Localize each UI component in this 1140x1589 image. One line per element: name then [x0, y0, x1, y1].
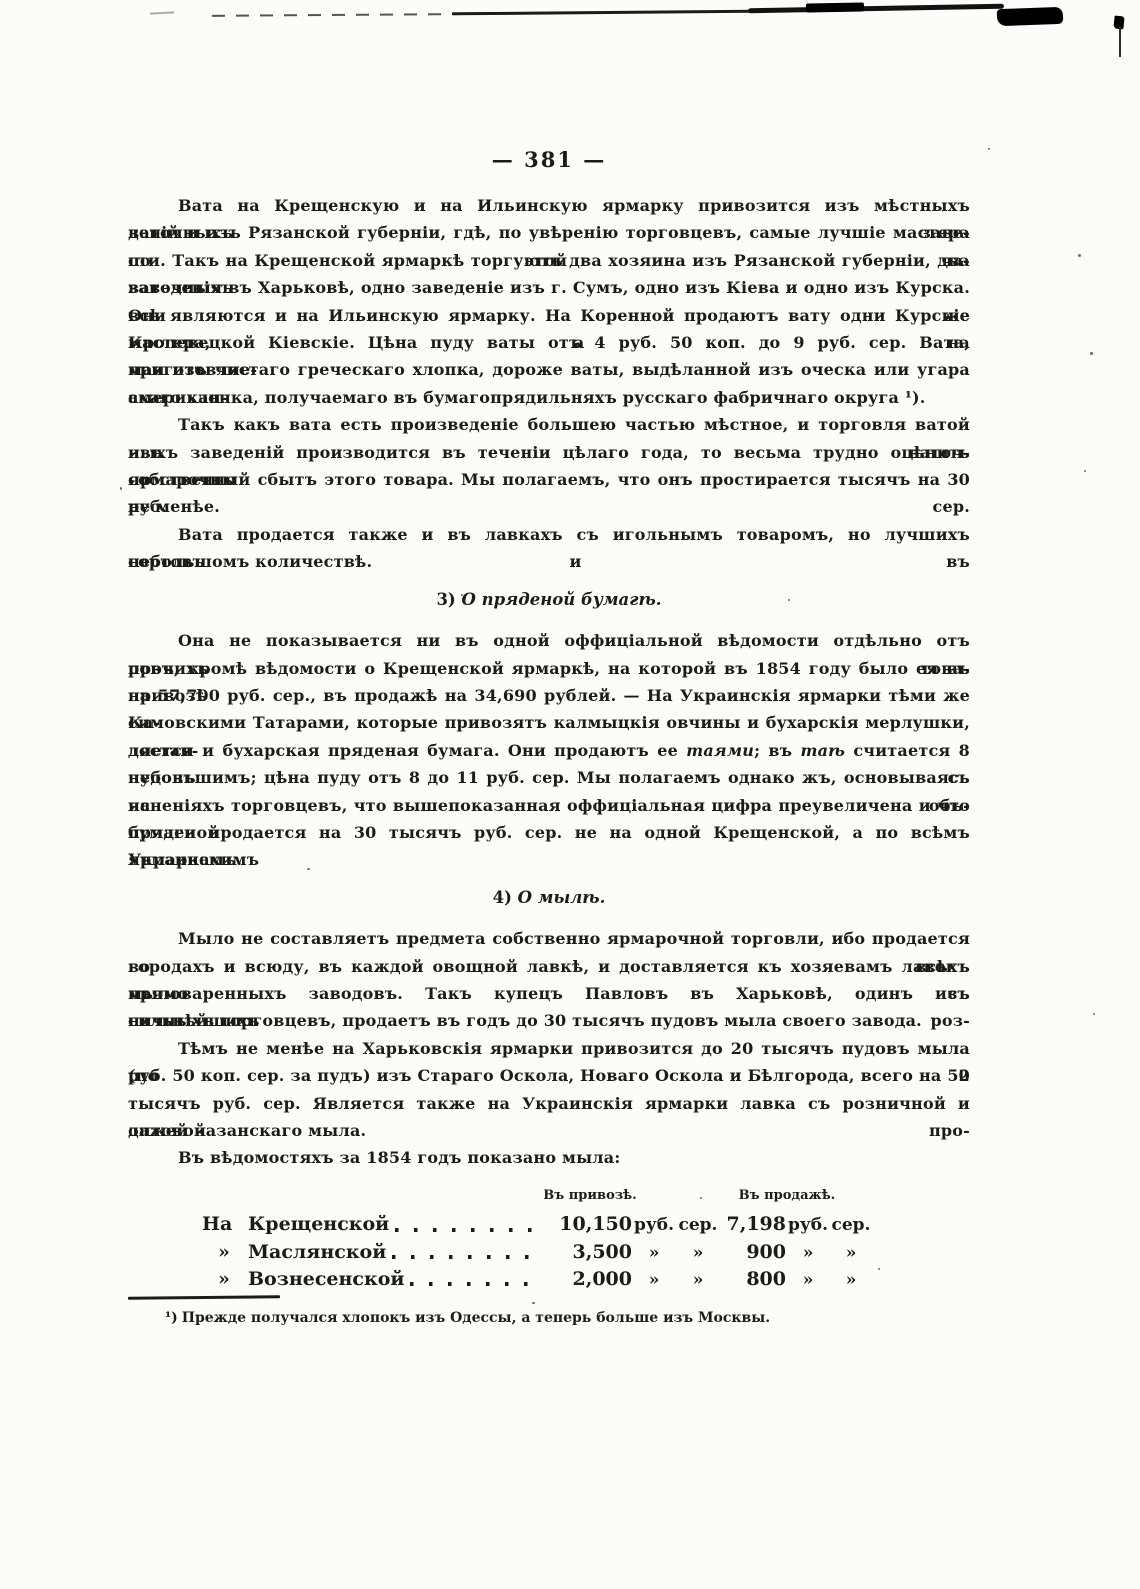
- sale-value: 800: [720, 1266, 786, 1293]
- paragraph: Вата продается также и въ лавкахъ съ иго…: [128, 521, 970, 576]
- text-line: руб. 50 коп. сер. за пудъ) изъ Стараго О…: [128, 1062, 970, 1089]
- scan-artifact: [1119, 27, 1121, 57]
- book-page: — 381 — Вата на Крещенскую и на Ильинску…: [0, 0, 1140, 1589]
- text-line: симовскими Татарами, которые привозятъ к…: [128, 709, 970, 736]
- text-line: тысячъ руб. сер. Является также на Украи…: [128, 1090, 970, 1117]
- text-line: Мыло не составляетъ предмета собственно …: [128, 925, 970, 952]
- soap-table: Въ привозѣ. Въ продажѣ. НаКрещенской10,1…: [128, 1184, 970, 1294]
- text-line: ныхъ заведеній производится въ теченіи ц…: [128, 439, 970, 466]
- row-prefix: »: [202, 1239, 248, 1266]
- scan-artifact: [997, 7, 1064, 26]
- ink-speck: [1084, 470, 1086, 472]
- sale-value: 7,198: [720, 1211, 786, 1238]
- section-heading: 4) О мылѣ.: [128, 884, 970, 911]
- text-line: Такъ какъ вата есть произведеніе большею…: [128, 411, 970, 438]
- footnote: ¹)Прежде получался хлопокъ изъ Одессы, а…: [128, 1308, 970, 1328]
- paragraph: Мыло не составляетъ предмета собственно …: [128, 925, 970, 1035]
- fair-name: Вознесенской: [248, 1266, 404, 1293]
- section-heading: 3) О пряденой бумагѣ.: [128, 586, 970, 613]
- import-unit: »: [676, 1267, 720, 1294]
- dot-leader: [410, 1282, 542, 1286]
- text-line: деній и изъ Рязанской губерніи, гдѣ, по …: [128, 219, 970, 246]
- soap-table-rows: НаКрещенской10,150руб.сер.7,198руб.сер.»…: [128, 1211, 970, 1293]
- fair-name: Маслянской: [248, 1239, 386, 1266]
- fair-label: »Маслянской: [202, 1239, 552, 1266]
- text-line: ярмарочный сбытъ этого товара. Мы полага…: [128, 466, 970, 493]
- fair-label: НаКрещенской: [202, 1211, 552, 1238]
- fair-label: »Вознесенской: [202, 1266, 552, 1293]
- import-unit: »: [632, 1267, 676, 1294]
- import-value: 10,150: [552, 1211, 632, 1238]
- sale-unit: сер.: [830, 1212, 872, 1239]
- table-row: »Маслянской3,500»»900»»: [128, 1239, 970, 1266]
- fair-name: Крещенской: [248, 1211, 389, 1238]
- sale-unit: руб.: [786, 1212, 830, 1239]
- import-value: 3,500: [552, 1239, 632, 1266]
- footnote-marker: ¹): [165, 1310, 178, 1326]
- text-blocks: Вата на Крещенскую и на Ильинскую ярмарк…: [128, 192, 970, 1172]
- text-line: ляется и бухарская пряденая бумага. Они …: [128, 737, 970, 764]
- table-row: »Вознесенской2,000»»800»»: [128, 1266, 970, 1293]
- col-header-sale: Въ продажѣ.: [739, 1188, 836, 1203]
- text-line: Она не показывается ни въ одной оффиціал…: [128, 627, 970, 654]
- sale-unit: »: [786, 1267, 830, 1294]
- sale-unit: »: [830, 1240, 872, 1267]
- text-line: Вата продается также и въ лавкахъ съ иго…: [128, 521, 970, 548]
- text-line: ясненіяхъ торговцевъ, что вышепоказанная…: [128, 792, 970, 819]
- scan-artifact: [212, 13, 457, 17]
- import-unit: сер.: [676, 1212, 720, 1239]
- heading-title: О пряденой бумагѣ.: [462, 590, 662, 609]
- text-line: Кролевецкой Кіевскіе. Цѣна пуду ваты отъ…: [128, 329, 970, 356]
- text-line: Въ вѣдомостяхъ за 1854 годъ показано мыл…: [128, 1144, 970, 1171]
- table-row: НаКрещенской10,150руб.сер.7,198руб.сер.: [128, 1211, 970, 1238]
- import-unit: »: [676, 1240, 720, 1267]
- scan-artifact: [748, 4, 1004, 13]
- dot-leader: [392, 1255, 542, 1259]
- text-line: мыловаренныхъ заводовъ. Такъ купецъ Павл…: [128, 980, 970, 1007]
- paragraph: Такъ какъ вата есть произведеніе большею…: [128, 411, 970, 521]
- col-header-import: Въ привозѣ.: [543, 1188, 636, 1203]
- text-line: скаго хлопка, получаемаго въ бумагопряди…: [128, 384, 970, 411]
- text-line: ровъ, кромѣ вѣдомости о Крещенской ярмар…: [128, 655, 970, 682]
- footnote-text: Прежде получался хлопокъ изъ Одессы, а т…: [182, 1310, 770, 1326]
- dot-leader: [395, 1228, 542, 1232]
- heading-title: О мылѣ.: [518, 888, 606, 907]
- ink-speck: [1078, 254, 1081, 257]
- text-line: небольшимъ; цѣна пуду отъ 8 до 11 руб. с…: [128, 764, 970, 791]
- scan-artifact: [452, 10, 754, 16]
- scan-artifact: [806, 2, 864, 12]
- sale-value: 900: [720, 1239, 786, 1266]
- page-number: — 381 —: [128, 147, 970, 172]
- text-line: заведенія въ Харьковѣ, одно заведеніе из…: [128, 274, 970, 301]
- text-line: бумаги продается на 30 тысячъ руб. сер. …: [128, 819, 970, 846]
- text-line: городахъ и всюду, въ каждой овощной лавк…: [128, 953, 970, 980]
- paragraph: Тѣмъ не менѣе на Харьковскія ярмарки при…: [128, 1035, 970, 1145]
- ink-speck: [120, 487, 122, 490]
- ink-speck: [988, 148, 990, 150]
- row-prefix: На: [202, 1211, 248, 1238]
- text-line: мая изъ чистаго греческаго хлопка, дорож…: [128, 356, 970, 383]
- sale-unit: »: [786, 1240, 830, 1267]
- text-line: Тѣмъ не менѣе на Харьковскія ярмарки при…: [128, 1035, 970, 1062]
- paragraph: Въ вѣдомостяхъ за 1854 годъ показано мыл…: [128, 1144, 970, 1171]
- heading-number: 4): [493, 888, 518, 907]
- text-line: Вата на Крещенскую и на Ильинскую ярмарк…: [128, 192, 970, 219]
- import-unit: руб.: [632, 1212, 676, 1239]
- row-prefix: »: [202, 1266, 248, 1293]
- sale-unit: »: [830, 1267, 872, 1294]
- table-header-row: Въ привозѣ. Въ продажѣ.: [128, 1184, 970, 1211]
- scan-artifact: [150, 11, 174, 14]
- footnote-rule: [128, 1296, 280, 1301]
- heading-number: 3): [436, 590, 461, 609]
- text-column: Вата на Крещенскую и на Ильинскую ярмарк…: [128, 192, 970, 1328]
- text-line: ничныхъ торговцевъ, продаетъ въ годъ до …: [128, 1007, 970, 1034]
- paragraph: Вата на Крещенскую и на Ильинскую ярмарк…: [128, 192, 970, 411]
- import-unit: »: [632, 1240, 676, 1267]
- text-line: всѣ являются и на Ильинскую ярмарку. На …: [128, 302, 970, 329]
- text-line: на 57,700 руб. сер., въ продажѣ на 34,69…: [128, 682, 970, 709]
- paragraph: Она не показывается ни въ одной оффиціал…: [128, 627, 970, 874]
- ink-speck: [1090, 352, 1093, 355]
- text-line: сти. Такъ на Крещенской ярмаркѣ торгуютъ…: [128, 247, 970, 274]
- import-value: 2,000: [552, 1266, 632, 1293]
- ink-speck: [1093, 1013, 1095, 1015]
